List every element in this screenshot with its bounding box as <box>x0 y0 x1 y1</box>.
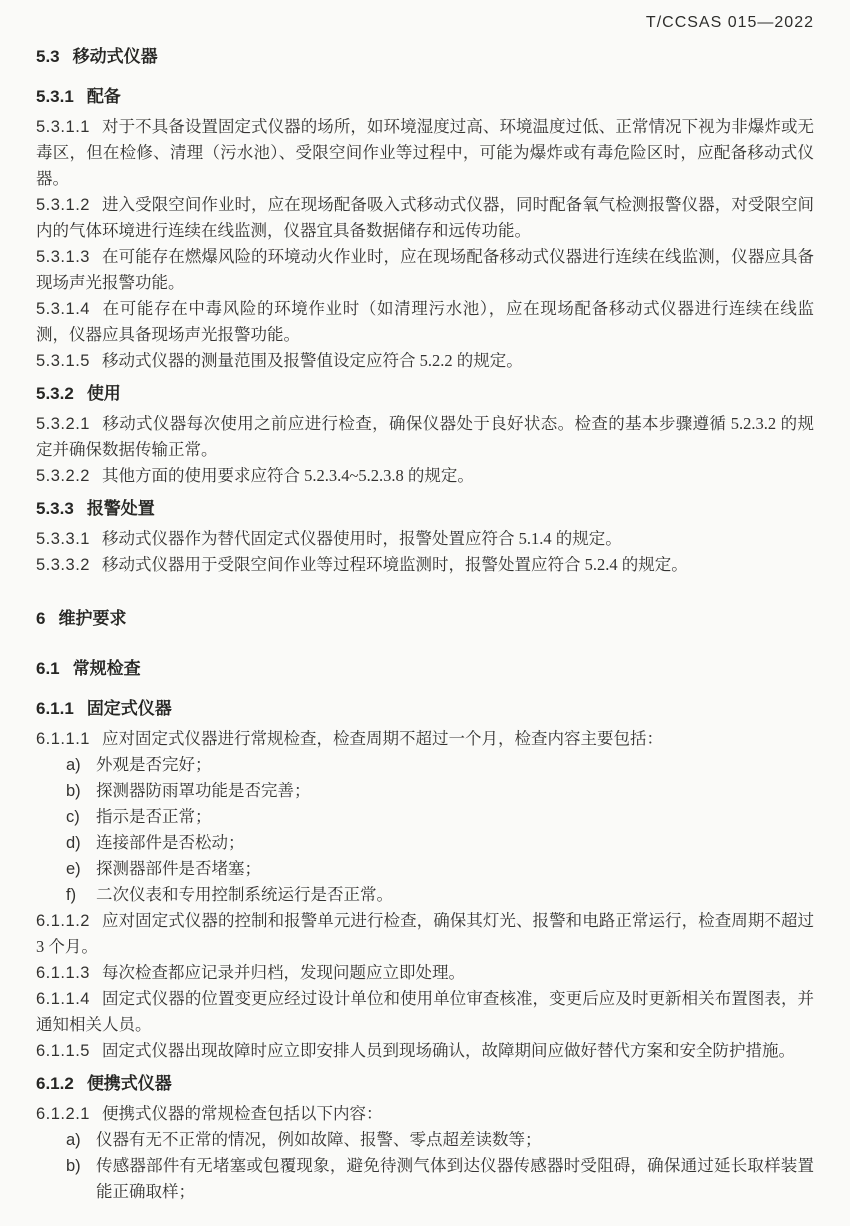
section-heading-6-1-1: 6.1.1固定式仪器 <box>36 696 814 722</box>
clause-number: 5.3.1.4 <box>36 300 90 318</box>
clause-text: 移动式仪器用于受限空间作业等过程环境监测时，报警处置应符合 5.2.4 的规定。 <box>102 555 688 574</box>
list-text: 外观是否完好； <box>96 752 814 778</box>
list-item-f: f)二次仪表和专用控制系统运行是否正常。 <box>36 882 814 908</box>
section-heading-5-3-2: 5.3.2使用 <box>36 381 814 407</box>
clause-title: 使用 <box>87 384 121 403</box>
clause-number: 6.1.1.3 <box>36 964 90 982</box>
clause-number: 6.1.1.1 <box>36 730 90 748</box>
clause-number: 5.3.2 <box>36 384 74 403</box>
clause-number: 5.3.2.1 <box>36 415 90 433</box>
list-item-b: b)探测器防雨罩功能是否完善； <box>36 778 814 804</box>
list-item-e: e)探测器部件是否堵塞； <box>36 856 814 882</box>
clause-paragraph-6-1-1-2: 6.1.1.2应对固定式仪器的控制和报警单元进行检查，确保其灯光、报警和电路正常… <box>36 908 814 960</box>
clause-number: 6.1.2 <box>36 1074 74 1093</box>
list-marker: f) <box>66 882 96 908</box>
clause-number: 5.3.2.2 <box>36 467 90 485</box>
clause-number: 5.3 <box>36 47 60 66</box>
clause-text: 在可能存在中毒风险的环境作业时（如清理污水池），应在现场配备移动式仪器进行连续在… <box>36 299 814 344</box>
clause-paragraph-6-1-1-1: 6.1.1.1应对固定式仪器进行常规检查，检查周期不超过一个月，检查内容主要包括… <box>36 726 814 752</box>
list-item-d: d)连接部件是否松动； <box>36 830 814 856</box>
section-heading-5-3: 5.3移动式仪器 <box>36 44 814 70</box>
list-text: 仪器有无不正常的情况，例如故障、报警、零点超差读数等； <box>96 1127 814 1153</box>
clause-number: 6 <box>36 609 45 628</box>
clause-number: 6.1.1 <box>36 699 74 718</box>
clause-paragraph-5-3-2-1: 5.3.2.1移动式仪器每次使用之前应进行检查，确保仪器处于良好状态。检查的基本… <box>36 411 814 463</box>
clause-paragraph-5-3-1-2: 5.3.1.2进入受限空间作业时，应在现场配备吸入式移动式仪器，同时配备氧气检测… <box>36 192 814 244</box>
list-item-a: a)外观是否完好； <box>36 752 814 778</box>
clause-paragraph-6-1-1-3: 6.1.1.3每次检查都应记录并归档，发现问题应立即处理。 <box>36 960 814 986</box>
clause-paragraph-6-1-2-1: 6.1.2.1便携式仪器的常规检查包括以下内容： <box>36 1101 814 1127</box>
clause-number: 6.1.1.2 <box>36 912 90 930</box>
clause-title: 常规检查 <box>73 659 141 678</box>
clause-title: 移动式仪器 <box>73 47 158 66</box>
clause-number: 5.3.1.1 <box>36 118 90 136</box>
clause-title: 报警处置 <box>87 499 155 518</box>
list-item-b2: b)传感器部件有无堵塞或包覆现象，避免待测气体到达仪器传感器时受阻碍，确保通过延… <box>36 1153 814 1205</box>
clause-paragraph-5-3-2-2: 5.3.2.2其他方面的使用要求应符合 5.2.3.4~5.2.3.8 的规定。 <box>36 463 814 489</box>
clause-number: 5.3.1.5 <box>36 352 90 370</box>
list-marker: b) <box>66 778 96 804</box>
clause-text: 对于不具备设置固定式仪器的场所，如环境湿度过高、环境温度过低、正常情况下视为非爆… <box>36 117 814 188</box>
clause-number: 6.1.1.4 <box>36 990 90 1008</box>
clause-text: 固定式仪器出现故障时应立即安排人员到现场确认，故障期间应做好替代方案和安全防护措… <box>102 1041 795 1060</box>
clause-number: 6.1.2.1 <box>36 1105 90 1123</box>
clause-paragraph-6-1-1-5: 6.1.1.5固定式仪器出现故障时应立即安排人员到现场确认，故障期间应做好替代方… <box>36 1038 814 1064</box>
section-heading-6-1: 6.1常规检查 <box>36 656 814 682</box>
list-text: 连接部件是否松动； <box>96 830 814 856</box>
clause-title: 便携式仪器 <box>87 1074 172 1093</box>
clause-title: 配备 <box>87 87 121 106</box>
clause-number: 5.3.1.3 <box>36 248 90 266</box>
clause-number: 5.3.1.2 <box>36 196 90 214</box>
clause-number: 6.1.1.5 <box>36 1042 90 1060</box>
clause-title: 维护要求 <box>58 609 126 628</box>
clause-paragraph-5-3-1-1: 5.3.1.1对于不具备设置固定式仪器的场所，如环境湿度过高、环境温度过低、正常… <box>36 114 814 192</box>
clause-text: 便携式仪器的常规检查包括以下内容： <box>102 1104 383 1123</box>
clause-text: 移动式仪器作为替代固定式仪器使用时，报警处置应符合 5.1.4 的规定。 <box>102 529 622 548</box>
list-marker: b) <box>66 1153 96 1205</box>
clause-paragraph-5-3-1-3: 5.3.1.3在可能存在燃爆风险的环境动火作业时，应在现场配备移动式仪器进行连续… <box>36 244 814 296</box>
clause-text: 在可能存在燃爆风险的环境动火作业时，应在现场配备移动式仪器进行连续在线监测，仪器… <box>36 247 814 292</box>
list-text: 探测器防雨罩功能是否完善； <box>96 778 814 804</box>
list-marker: a) <box>66 1127 96 1153</box>
clause-number: 6.1 <box>36 659 60 678</box>
list-text: 指示是否正常； <box>96 804 814 830</box>
clause-text: 其他方面的使用要求应符合 5.2.3.4~5.2.3.8 的规定。 <box>102 466 474 485</box>
clause-number: 5.3.1 <box>36 87 74 106</box>
list-marker: a) <box>66 752 96 778</box>
list-item-a2: a)仪器有无不正常的情况，例如故障、报警、零点超差读数等； <box>36 1127 814 1153</box>
clause-paragraph-5-3-3-2: 5.3.3.2移动式仪器用于受限空间作业等过程环境监测时，报警处置应符合 5.2… <box>36 552 814 578</box>
list-marker: d) <box>66 830 96 856</box>
clause-text: 移动式仪器的测量范围及报警值设定应符合 5.2.2 的规定。 <box>102 351 523 370</box>
standard-number-header: T/CCSAS 015—2022 <box>36 12 814 34</box>
section-heading-5-3-1: 5.3.1配备 <box>36 84 814 110</box>
clause-text: 移动式仪器每次使用之前应进行检查，确保仪器处于良好状态。检查的基本步骤遵循 5.… <box>36 414 814 459</box>
clause-text: 进入受限空间作业时，应在现场配备吸入式移动式仪器，同时配备氧气检测报警仪器，对受… <box>36 195 814 240</box>
clause-text: 应对固定式仪器进行常规检查，检查周期不超过一个月，检查内容主要包括： <box>102 729 663 748</box>
list-marker: c) <box>66 804 96 830</box>
list-item-c: c)指示是否正常； <box>36 804 814 830</box>
clause-paragraph-6-1-1-4: 6.1.1.4固定式仪器的位置变更应经过设计单位和使用单位审查核准，变更后应及时… <box>36 986 814 1038</box>
clause-paragraph-5-3-1-4: 5.3.1.4在可能存在中毒风险的环境作业时（如清理污水池），应在现场配备移动式… <box>36 296 814 348</box>
chapter-heading-6: 6维护要求 <box>36 606 814 632</box>
list-marker: e) <box>66 856 96 882</box>
clause-number: 5.3.3.1 <box>36 530 90 548</box>
clause-title: 固定式仪器 <box>87 699 172 718</box>
clause-text: 每次检查都应记录并归档，发现问题应立即处理。 <box>102 963 465 982</box>
list-text: 二次仪表和专用控制系统运行是否正常。 <box>96 882 814 908</box>
list-text: 传感器部件有无堵塞或包覆现象，避免待测气体到达仪器传感器时受阻碍，确保通过延长取… <box>96 1153 814 1205</box>
clause-number: 5.3.3 <box>36 499 74 518</box>
section-heading-5-3-3: 5.3.3报警处置 <box>36 496 814 522</box>
list-text: 探测器部件是否堵塞； <box>96 856 814 882</box>
document-page: T/CCSAS 015—2022 5.3移动式仪器 5.3.1配备 5.3.1.… <box>0 0 850 1226</box>
clause-paragraph-5-3-1-5: 5.3.1.5移动式仪器的测量范围及报警值设定应符合 5.2.2 的规定。 <box>36 348 814 374</box>
clause-text: 固定式仪器的位置变更应经过设计单位和使用单位审查核准，变更后应及时更新相关布置图… <box>36 989 814 1034</box>
clause-number: 5.3.3.2 <box>36 556 90 574</box>
section-heading-6-1-2: 6.1.2便携式仪器 <box>36 1071 814 1097</box>
clause-text: 应对固定式仪器的控制和报警单元进行检查，确保其灯光、报警和电路正常运行，检查周期… <box>36 911 814 956</box>
clause-paragraph-5-3-3-1: 5.3.3.1移动式仪器作为替代固定式仪器使用时，报警处置应符合 5.1.4 的… <box>36 526 814 552</box>
